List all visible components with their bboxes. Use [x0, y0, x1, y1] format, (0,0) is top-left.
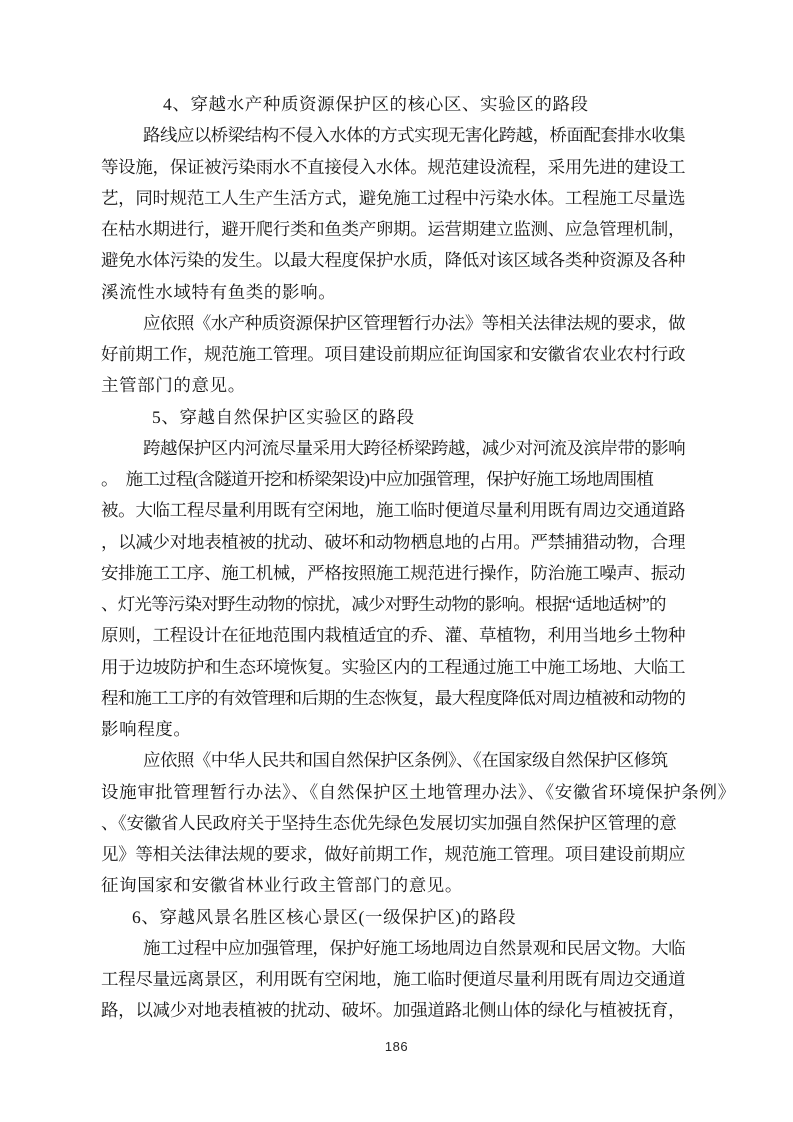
body-line: 艺，同时规范工人生产生活方式，避免施工过程中污染水体。工程施工尽量选 [101, 183, 685, 214]
body-line: 跨越保护区内河流尽量采用大跨径桥梁跨越，减少对河流及滨岸带的影响 [101, 433, 685, 464]
document-page: 4、穿越水产种质资源保护区的核心区、实验区的路段路线应以桥梁结构不侵入水体的方式… [0, 0, 793, 1122]
body-line: 主管部门的意见。 [101, 370, 685, 401]
body-line: 设施审批管理暂行办法》、《自然保护区土地管理办法》、《安徽省环境保护条例》 [101, 777, 685, 808]
body-line: 用于边坡防护和生态环境恢复。实验区内的工程通过施工中施工场地、大临工 [101, 652, 685, 683]
body-line: 安排施工工序、施工机械，严格按照施工规范进行操作，防治施工噪声、振动 [101, 558, 685, 589]
body-line: 被。大临工程尽量利用既有空闲地，施工临时便道尽量利用既有周边交通道路 [101, 495, 685, 526]
section-heading: 6、穿越风景名胜区核心景区(一级保护区)的路段 [101, 902, 685, 933]
body-line: 在枯水期进行，避开爬行类和鱼类产卵期。运营期建立监测、应急管理机制， [101, 214, 685, 245]
body-line: 、《安徽省人民政府关于坚持生态优先绿色发展切实加强自然保护区管理的意 [101, 808, 685, 839]
body-line: 原则，工程设计在征地范围内栽植适宜的乔、灌、草植物，利用当地乡土物种 [101, 620, 685, 651]
document-body: 4、穿越水产种质资源保护区的核心区、实验区的路段路线应以桥梁结构不侵入水体的方式… [101, 89, 685, 1027]
body-line: ，以减少对地表植被的扰动、破坏和动物栖息地的占用。严禁捕猎动物，合理 [101, 527, 685, 558]
body-line: 路，以减少对地表植被的扰动、破坏。加强道路北侧山体的绿化与植被抚育， [101, 995, 685, 1026]
body-line: 征询国家和安徽省林业行政主管部门的意见。 [101, 870, 685, 901]
body-line: 、灯光等污染对野生动物的惊扰，减少对野生动物的影响。根据“适地适树”的 [101, 589, 685, 620]
body-line: 见》等相关法律法规的要求，做好前期工作，规范施工管理。项目建设前期应 [101, 839, 685, 870]
page-number: 186 [0, 1039, 793, 1054]
body-line: 程和施工工序的有效管理和后期的生态恢复，最大程度降低对周边植被和动物的 [101, 683, 685, 714]
body-line: 溪流性水域特有鱼类的影响。 [101, 277, 685, 308]
body-line: 应依照《中华人民共和国自然保护区条例》、《在国家级自然保护区修筑 [101, 745, 685, 776]
body-line: 避免水体污染的发生。以最大程度保护水质，降低对该区域各类种资源及各种 [101, 245, 685, 276]
section-heading: 5、穿越自然保护区实验区的路段 [101, 402, 685, 433]
section-heading: 4、穿越水产种质资源保护区的核心区、实验区的路段 [101, 89, 685, 120]
body-line: 等设施，保证被污染雨水不直接侵入水体。规范建设流程，采用先进的建设工 [101, 152, 685, 183]
body-line: 应依照《水产种质资源保护区管理暂行办法》等相关法律法规的要求，做 [101, 308, 685, 339]
body-line: 好前期工作，规范施工管理。项目建设前期应征询国家和安徽省农业农村行政 [101, 339, 685, 370]
body-line: 路线应以桥梁结构不侵入水体的方式实现无害化跨越，桥面配套排水收集 [101, 120, 685, 151]
body-line: 施工过程中应加强管理，保护好施工场地周边自然景观和民居文物。大临 [101, 933, 685, 964]
body-line: 工程尽量远离景区，利用既有空闲地，施工临时便道尽量利用既有周边交通道 [101, 964, 685, 995]
body-line: 。 施工过程(含隧道开挖和桥梁架设)中应加强管理，保护好施工场地周围植 [101, 464, 685, 495]
body-line: 影响程度。 [101, 714, 685, 745]
